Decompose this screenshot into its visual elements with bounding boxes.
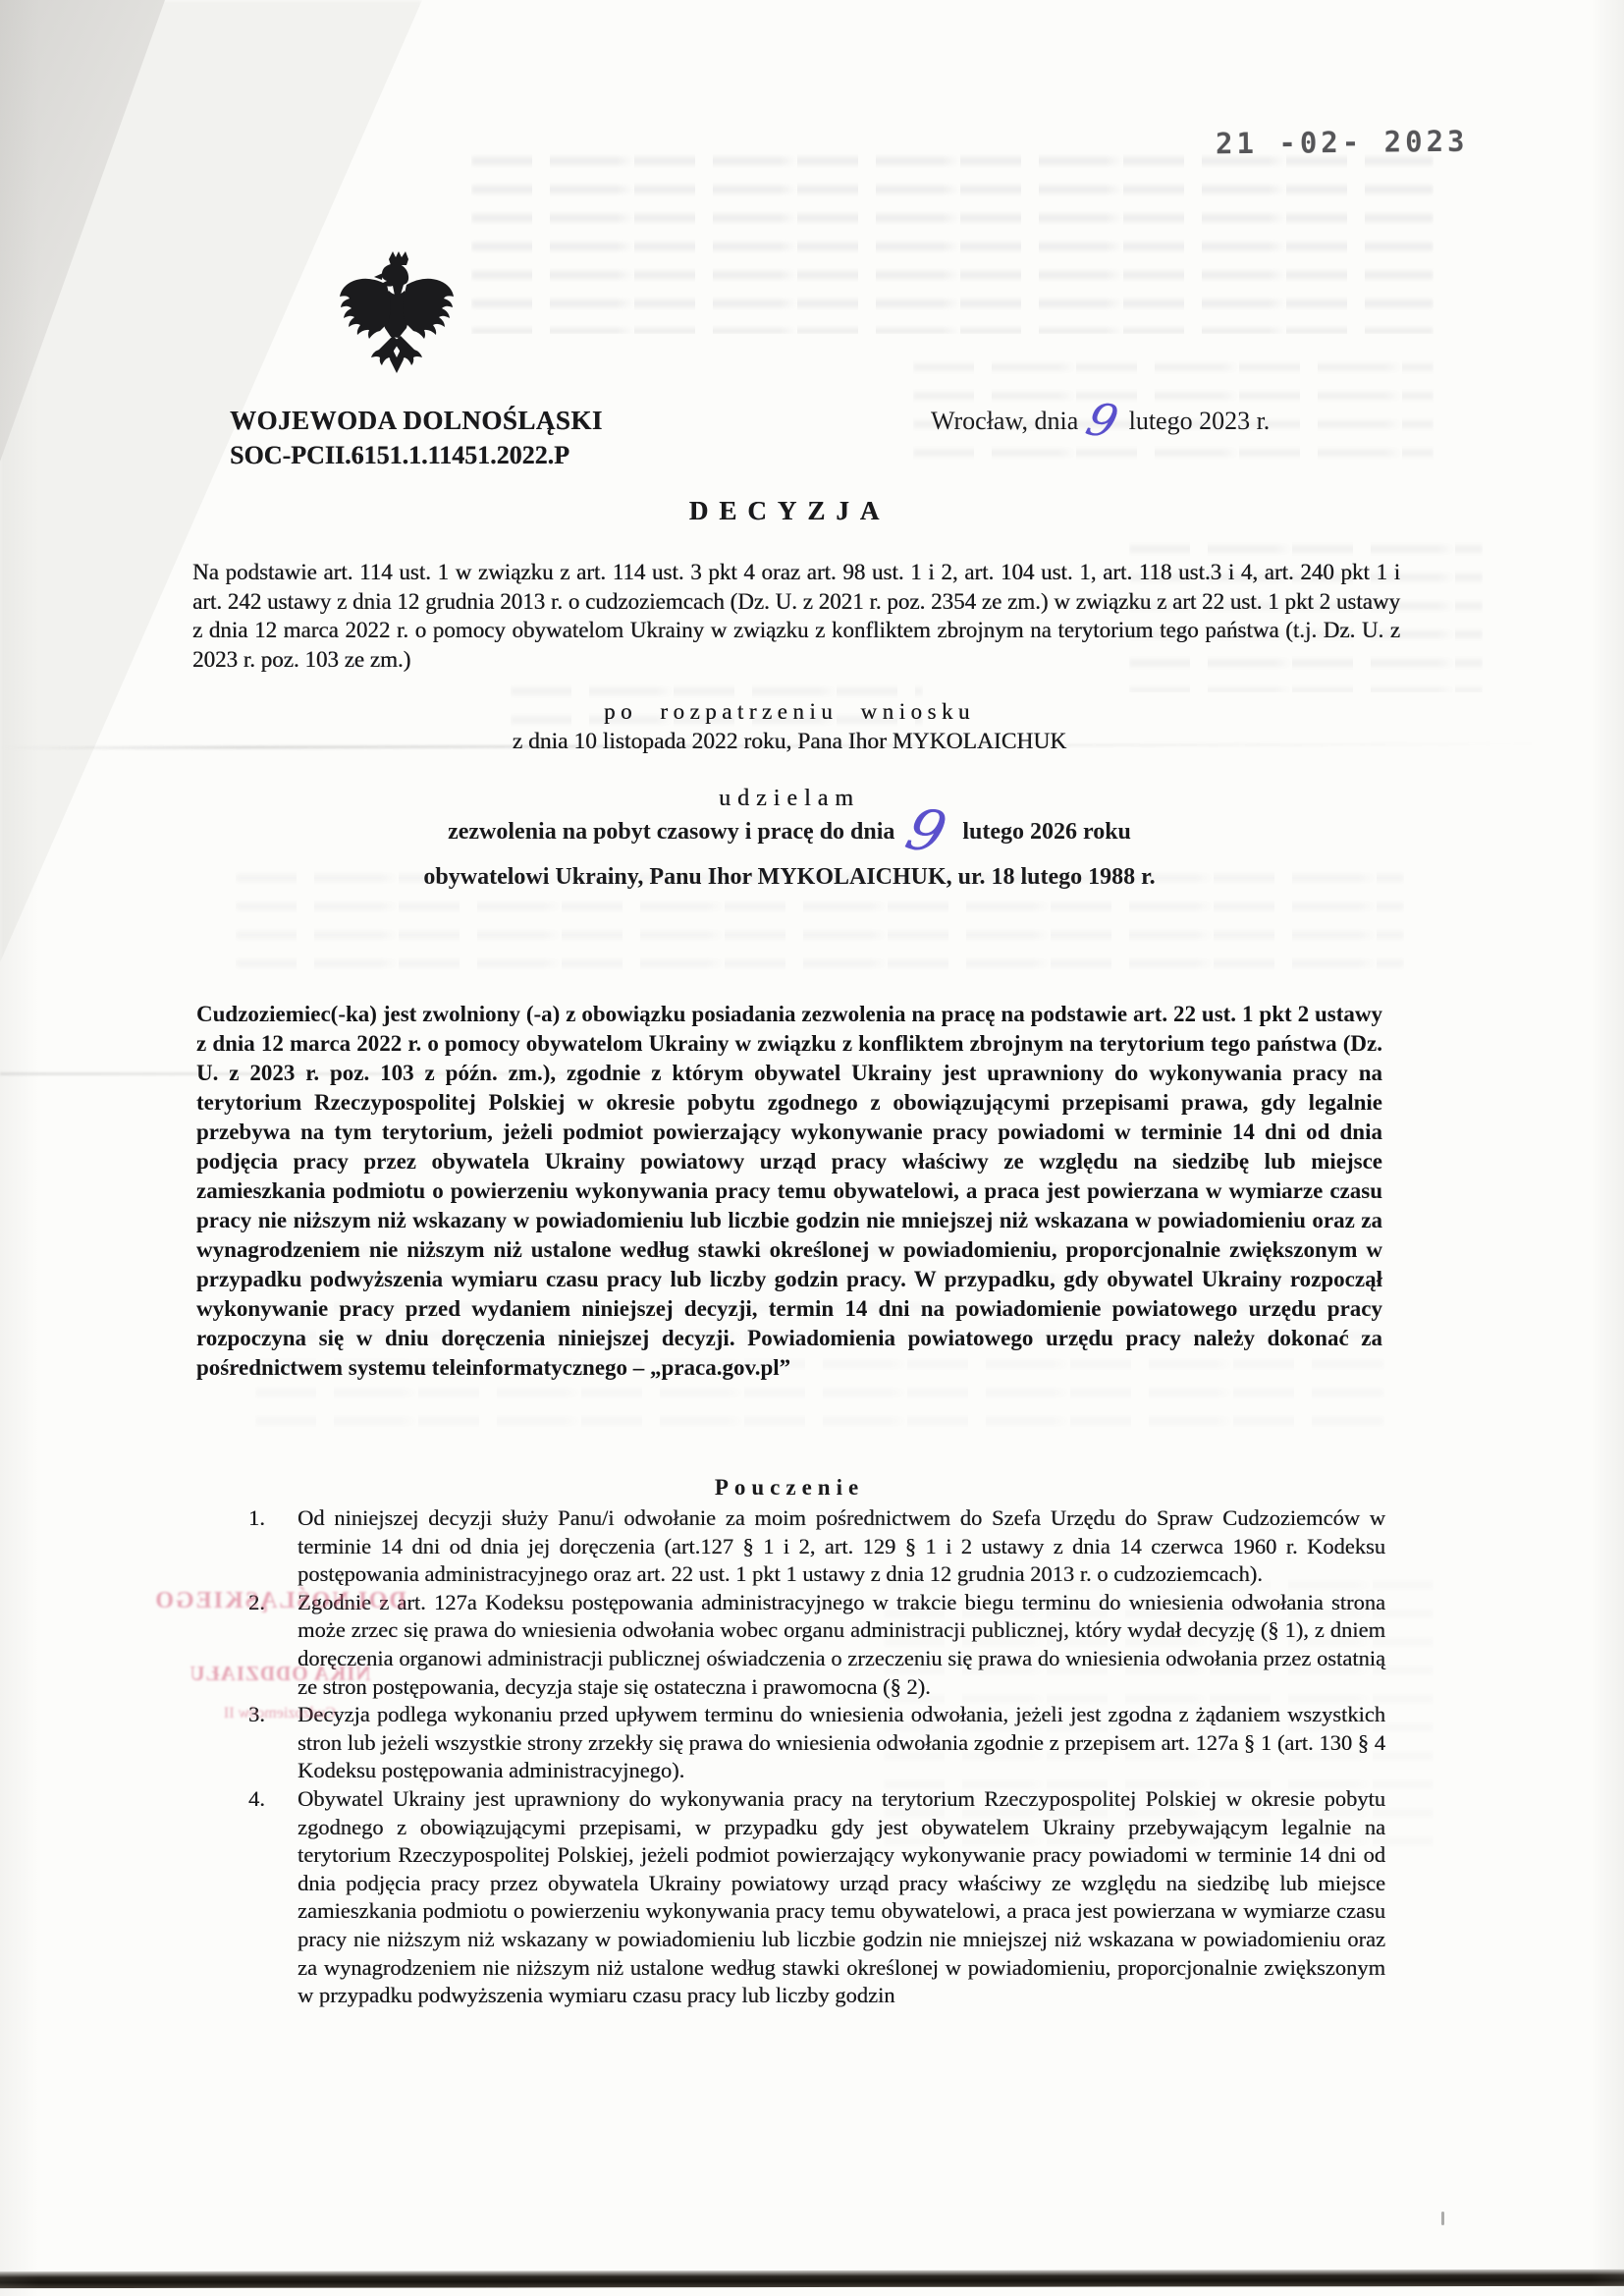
grant-line-prefix: zezwolenia na pobyt czasowy i pracę do d… — [448, 819, 894, 845]
case-number: SOC-PCII.6151.1.11451.2022.P — [230, 441, 569, 470]
instruction-item: 4. Obywatel Ukrainy jest uprawniony do w… — [248, 1785, 1385, 2010]
instruction-text: Od niniejszej decyzji służy Panu/i odwoł… — [298, 1504, 1385, 1589]
handwritten-day: 9 — [1088, 418, 1116, 423]
handwritten-grant-day: 9 — [909, 828, 945, 834]
scanned-decision-page: 21 -02- 2023 WOJEWODA DOLNOŚLĄSKI SOC-PC… — [0, 0, 1624, 2296]
legal-basis-paragraph: Na podstawie art. 114 ust. 1 w związku z… — [192, 558, 1400, 674]
scanner-edge-band — [0, 2269, 1624, 2288]
instruction-item: 1. Od niniejszej decyzji służy Panu/i od… — [248, 1504, 1385, 1589]
beneficiary-line: obywatelowi Ukrainy, Panu Ihor MYKOLAICH… — [196, 864, 1382, 891]
after-consideration-line: po rozpatrzeniu wniosku — [196, 699, 1382, 725]
scan-speck — [1441, 2212, 1444, 2225]
application-date-line: z dnia 10 listopada 2022 roku, Pana Ihor… — [196, 729, 1382, 755]
place-date-prefix: Wrocław, dnia — [931, 407, 1078, 435]
grant-line-suffix: lutego 2026 roku — [962, 819, 1131, 845]
decision-title: DECYZJA — [196, 496, 1382, 526]
stamp-bleedthrough: DOLNOŚLĄSKIEGO NIKA ODDZIAŁU Cudzoziemcó… — [69, 1589, 491, 1722]
authority-name: WOJEWODA DOLNOŚLĄSKI — [230, 406, 603, 436]
instructions-heading: Pouczenie — [196, 1475, 1382, 1501]
instruction-number: 1. — [248, 1504, 298, 1533]
instruction-text: Obywatel Ukrainy jest uprawniony do wyko… — [298, 1785, 1385, 2010]
received-date-stamp: 21 -02- 2023 — [1216, 125, 1469, 161]
stamp-bleedthrough-line: Cudzoziemców II — [69, 1706, 491, 1722]
work-exemption-paragraph: Cudzoziemiec(-ka) jest zwolniony (-a) z … — [196, 1000, 1382, 1383]
grant-line: zezwolenia na pobyt czasowy i pracę do d… — [196, 817, 1382, 847]
stamp-bleedthrough-line: NIKA ODDZIAŁU — [69, 1664, 491, 1684]
grant-word: udzielam — [196, 786, 1382, 812]
place-date-suffix: lutego 2023 r. — [1129, 407, 1271, 435]
place-and-date-line: Wrocław, dnia9lutego 2023 r. — [931, 407, 1270, 436]
coat-of-arms-eagle-icon — [338, 251, 456, 391]
stamp-bleedthrough-line: DOLNOŚLĄSKIEGO — [69, 1589, 491, 1613]
instruction-number: 4. — [248, 1785, 298, 1814]
bleedthrough-text-ghost — [471, 147, 1434, 334]
instructions-list: 1. Od niniejszej decyzji służy Panu/i od… — [248, 1504, 1385, 2010]
